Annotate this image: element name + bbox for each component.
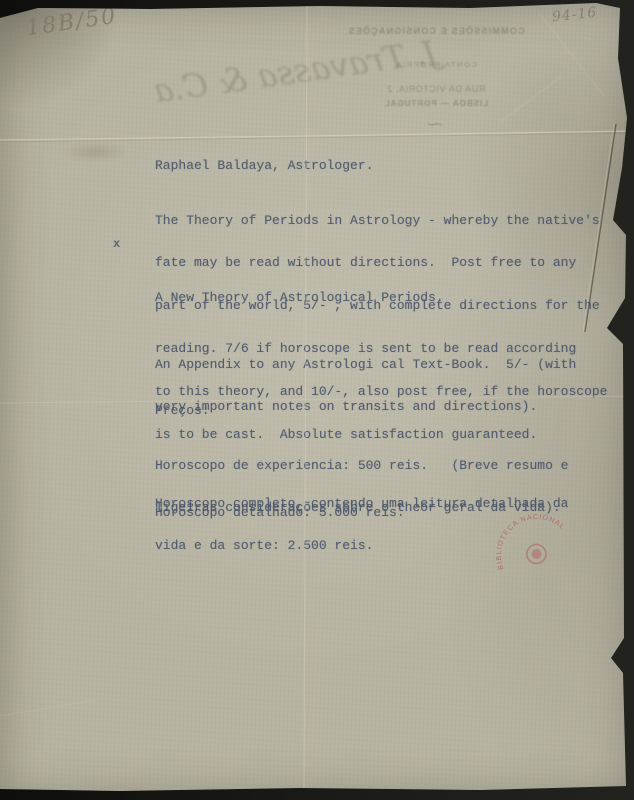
bleedthrough-letterhead-line: RUA DA VICTORIA, 2 — [340, 84, 532, 94]
typed-line: The Theory of Periods in Astrology - whe… — [155, 214, 607, 228]
typed-line: very important notes on transits and dir… — [155, 400, 576, 414]
line-precos-3: Horoscopo detalhado: 5.000 reis. — [155, 506, 405, 520]
typed-line: An Appendix to any Astrologi cal Text-Bo… — [155, 358, 576, 372]
fold-shadow — [0, 133, 634, 142]
handwritten-reference-number: 94-16 — [551, 5, 598, 26]
bleedthrough-flourish: ⁓ — [340, 115, 532, 133]
corner-crease — [540, 14, 604, 96]
handwritten-archival-number: 18B/50 — [25, 4, 119, 42]
scanner-backdrop: { "annotations": { "top_left_number": "1… — [0, 0, 634, 800]
paragraph-appendix: An Appendix to any Astrologi cal Text-Bo… — [155, 329, 576, 443]
typed-line: fate may be read without directions. Pos… — [155, 256, 607, 270]
heading-new-theory: A New Theory of Astrological Periods. — [155, 291, 444, 305]
document-page: COMMISSÕES E CONSIGNAÇÕES CONTA PROPRIA … — [0, 0, 634, 800]
stamp-emblem-center — [530, 547, 543, 560]
horizontal-fold-crease — [0, 131, 634, 140]
bleedthrough-letterhead-line: LISBOA — PORTUGAL — [340, 99, 532, 108]
bottom-crease — [0, 700, 96, 716]
typed-margin-mark: x — [113, 237, 120, 251]
bleedthrough-letterhead-line: COMMISSÕES E CONSIGNAÇÕES — [340, 26, 532, 36]
document-title: Raphael Baldaya, Astrologer. — [155, 159, 373, 173]
heading-precos: Preços: — [155, 404, 210, 418]
